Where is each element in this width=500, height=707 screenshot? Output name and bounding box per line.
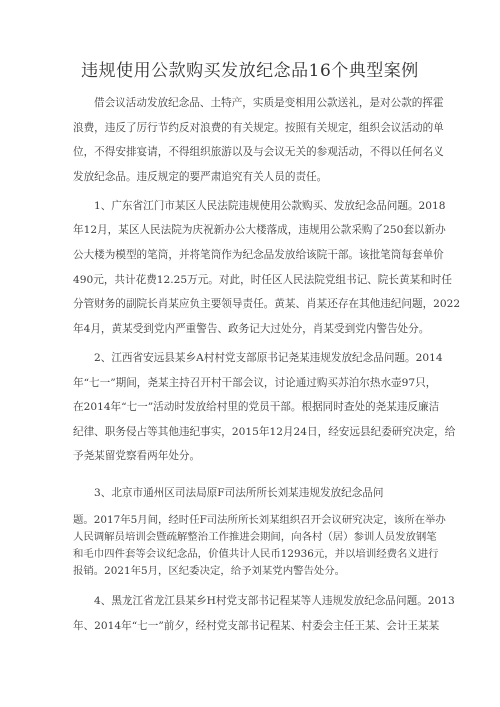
intro-line: 浪费，违反了厉行节约反对浪费的有关规定。按照有关规定，组织会议活动的单 (73, 121, 429, 135)
case-3-heading-line: 3、北京市通州区司法局原F司法所所长刘某违规发放纪念品问 (94, 486, 384, 500)
case-3-line: 题。2017年5月间，经时任F司法所所长刘某组织召开会议研究决定，该所在举办 (73, 513, 429, 527)
case-1-line: 年12月，某区人民法院为庆祝新办公大楼落成，违规用公款采购了250套以新办 (73, 223, 429, 237)
case-3-line: 人民调解员培训会暨疏解整治工作推进会期间，向各村（居）参训人员发放钢笔 (73, 530, 429, 544)
case-1-heading-line: 1、广东省江门市某区人民法院违规使用公款购买、发放纪念品问题。2018 (94, 199, 429, 213)
case-1-line: 分管财务的副院长肖某应负主要领导责任。黄某、肖某还存在其他违纪问题，2022 (73, 297, 429, 311)
case-1-line: 490元，共计花费12.25万元。对此，时任区人民法院党组书记、院长黄某和时任 (73, 273, 429, 287)
intro-line: 借会议活动发放纪念品、土特产，实质是变相用公款送礼，是对公款的挥霍 (94, 96, 429, 110)
case-4-line: 年、2014年“七一”前夕，经村党支部书记程某、村委会主任王某、会计王某某 (73, 619, 429, 633)
intro-line: 位，不得安排宴请，不得组织旅游以及与会议无关的参观活动，不得以任何名义 (73, 145, 429, 159)
case-3-line: 和毛巾四件套等会议纪念品，价值共计人民币12936元，并以培训经费名义进行 (73, 547, 429, 561)
document-page: 违规使用公款购买发放纪念品16个典型案例 借会议活动发放纪念品、土特产，实质是变… (0, 0, 500, 707)
case-2-line: 在2014年“七一”活动时发放给村里的党员干部。根据同时查处的尧某违反廉洁 (73, 400, 429, 414)
document-title: 违规使用公款购买发放纪念品16个典型案例 (0, 61, 500, 81)
intro-line: 发放纪念品。违反规定的要严肃追究有关人员的责任。 (73, 170, 429, 184)
case-2-line: 予尧某留党察看两年处分。 (73, 449, 429, 463)
case-2-line: 年“七一”期间，尧某主持召开村干部会议，讨论通过购买苏泊尔热水壶97只， (73, 376, 429, 390)
case-1-line: 年4月，黄某受到党内严重警告、政务记大过处分，肖某受到党内警告处分。 (73, 322, 429, 336)
case-3-line: 报销。2021年5月，区纪委决定，给予刘某党内警告处分。 (73, 564, 429, 578)
case-2-heading-line: 2、江西省安远县某乡A村村党支部原书记尧某违规发放纪念品问题。2014 (94, 351, 429, 365)
case-4-heading-line: 4、黑龙江省龙江县某乡H村党支部书记程某等人违规发放纪念品问题。2013 (94, 594, 429, 608)
case-2-line: 纪律、职务侵占等其他违纪事实，2015年12月24日，经安远县纪委研究决定，给 (73, 425, 429, 439)
case-1-line: 公大楼为模型的笔筒，并将笔筒作为纪念品发放给该院干部。该批笔筒每套单价 (73, 248, 429, 262)
